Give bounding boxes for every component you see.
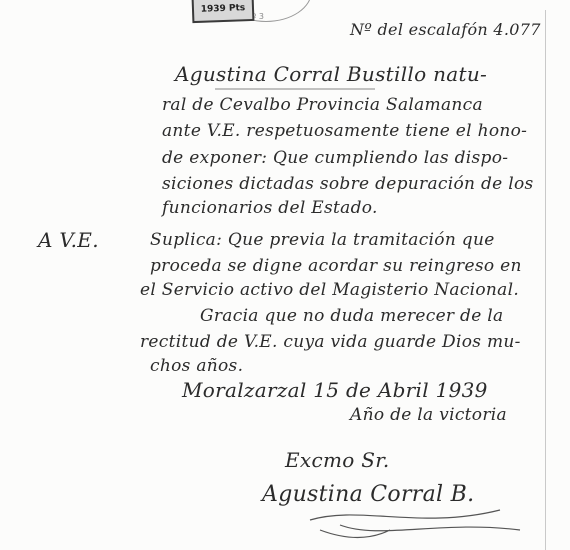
body-line-1: Agustina Corral Bustillo natu- [175,62,487,86]
petition-line-6: chos años. [150,356,243,376]
petition-line-4: Gracia que no duda merecer de la [200,306,503,326]
body-line-3: ante V.E. respetuosamente tiene el hono- [162,121,527,141]
petition-line-3: el Servicio activo del Magisterio Nacion… [140,280,519,300]
salutation: Excmo Sr. [285,448,390,472]
year-motto: Año de la victoria [350,405,507,425]
body-line-2: ral de Cevalbo Provincia Salamanca [162,95,483,115]
petition-line-1: Suplica: Que previa la tramitación que [150,230,495,250]
petition-line-2: proceda se digne acordar su reingreso en [150,256,522,276]
signature-flourish-icon [300,500,530,550]
paper-edge-line [545,10,546,550]
stamp-box: 1939 Pts [192,0,255,23]
escalafon-number: Nº del escalafón 4.077 [350,20,541,39]
body-line-5: siciones dictadas sobre depuración de lo… [162,174,534,194]
body-line-4: de exponer: Que cumpliendo las dispo- [162,148,508,168]
body-line-6: funcionarios del Estado. [162,198,378,218]
name-underline [215,88,375,90]
petition-line-5: rectitud de V.E. cuya vida guarde Dios m… [140,332,521,352]
place-date: Moralzarzal 15 de Abril 1939 [182,378,488,402]
document-page: n.º 3 1939 Pts Nº del escalafón 4.077 Ag… [0,0,570,550]
margin-label: A V.E. [38,228,99,252]
